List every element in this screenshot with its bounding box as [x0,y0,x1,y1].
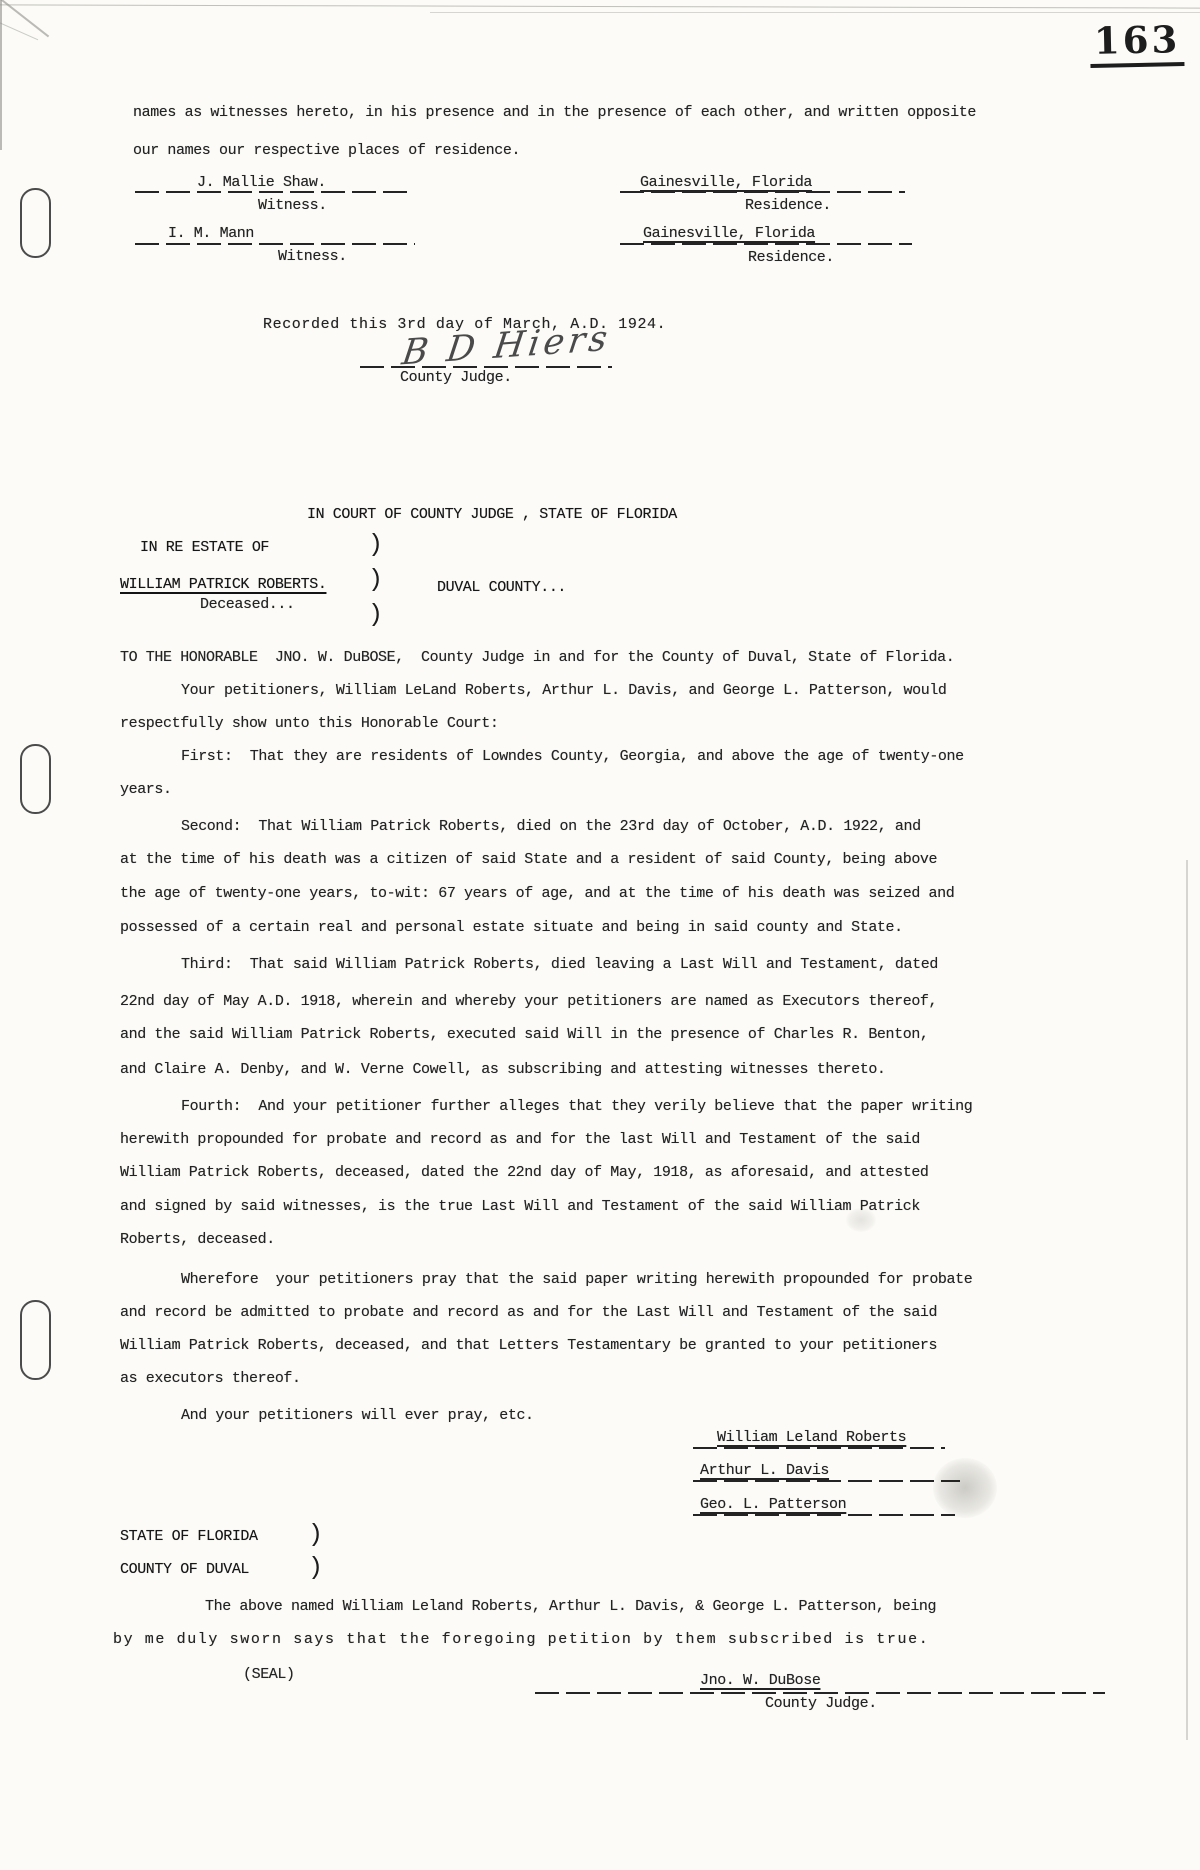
body-line: and the said William Patrick Roberts, ex… [120,1025,929,1044]
scan-artifact [0,0,49,37]
caption-in-re: IN RE ESTATE OF [140,538,269,557]
petitioner-signature: William Leland Roberts [717,1428,906,1447]
affidavit-line: by me duly sworn says that the foregoing… [113,1630,929,1649]
judge-title: County Judge. [765,1694,877,1713]
witness-label: Witness. [258,196,327,215]
residence-label: Residence. [748,248,834,267]
residence-value: Gainesville, Florida [640,173,812,192]
body-line: Your petitioners, William LeLand Roberts… [181,681,947,700]
caption-decedent-name: WILLIAM PATRICK ROBERTS. [120,575,326,594]
recorder-title: County Judge. [400,368,512,387]
petitioner-signature: Arthur L. Davis [700,1461,829,1480]
binder-hole-icon [20,744,51,814]
court-heading: IN COURT OF COUNTY JUDGE , STATE OF FLOR… [307,505,677,524]
binder-hole-icon [20,188,51,258]
caption-bracket: ) [368,530,383,559]
body-line: Fourth: And your petitioner further alle… [181,1097,972,1116]
venue-county: COUNTY OF DUVAL [120,1560,249,1579]
signature-rule [135,243,415,245]
signature-rule [693,1447,945,1449]
caption-bracket: ) [368,565,383,594]
residence-label: Residence. [745,196,831,215]
witness-label: Witness. [278,247,347,266]
venue-bracket: ) [308,1520,323,1549]
petitioner-signature: Geo. L. Patterson [700,1495,846,1514]
page-number: 163 [1089,17,1184,68]
body-line: And your petitioners will ever pray, etc… [181,1406,534,1425]
body-line: possessed of a certain real and personal… [120,918,903,937]
body-line: years. [120,780,172,799]
caption-bracket: ) [368,600,383,629]
body-line: 22nd day of May A.D. 1918, wherein and w… [120,992,937,1011]
scan-artifact [0,0,2,150]
stain [933,1458,997,1518]
signature-rule [620,191,905,193]
body-line: Second: That William Patrick Roberts, di… [181,817,921,836]
affidavit-line: The above named William Leland Roberts, … [205,1597,936,1616]
body-line: William Patrick Roberts, deceased, and t… [120,1336,937,1355]
signature-rule [693,1514,955,1516]
body-line: the age of twenty-one years, to-wit: 67 … [120,884,954,903]
caption-deceased: Deceased... [200,595,295,614]
caption-county: DUVAL COUNTY... [437,578,566,597]
body-line: and Claire A. Denby, and W. Verne Cowell… [120,1060,886,1079]
signature-rule [693,1480,960,1482]
scanned-document-page: 163 names as witnesses hereto, in his pr… [0,0,1200,1870]
witness-signature: I. M. Mann [168,224,254,243]
intro-line: names as witnesses hereto, in his presen… [133,103,976,122]
body-line: and record be admitted to probate and re… [120,1303,937,1322]
scan-artifact [1186,860,1188,1740]
body-line: and signed by said witnesses, is the tru… [120,1197,920,1216]
scan-artifact [0,4,1200,8]
judge-signature: Jno. W. DuBose [700,1671,820,1690]
scan-artifact [430,12,1200,13]
body-line: respectfully show unto this Honorable Co… [120,714,498,733]
seal-label: (SEAL) [243,1665,295,1684]
body-line: at the time of his death was a citizen o… [120,850,937,869]
witness-signature: J. Mallie Shaw. [197,173,326,192]
body-line: as executors thereof. [120,1369,301,1388]
body-line: TO THE HONORABLE JNO. W. DuBOSE, County … [120,648,954,667]
intro-line: our names our respective places of resid… [133,141,520,160]
body-line: Third: That said William Patrick Roberts… [181,955,938,974]
body-line: First: That they are residents of Lownde… [181,747,964,766]
body-line: William Patrick Roberts, deceased, dated… [120,1163,929,1182]
signature-rule [135,191,412,193]
venue-state: STATE OF FLORIDA [120,1527,258,1546]
body-line: Wherefore your petitioners pray that the… [181,1270,972,1289]
body-line: Roberts, deceased. [120,1230,275,1249]
residence-value: Gainesville, Florida [643,224,815,243]
signature-rule [620,243,912,245]
binder-hole-icon [20,1300,51,1380]
venue-bracket: ) [308,1553,323,1582]
body-line: herewith propounded for probate and reco… [120,1130,920,1149]
